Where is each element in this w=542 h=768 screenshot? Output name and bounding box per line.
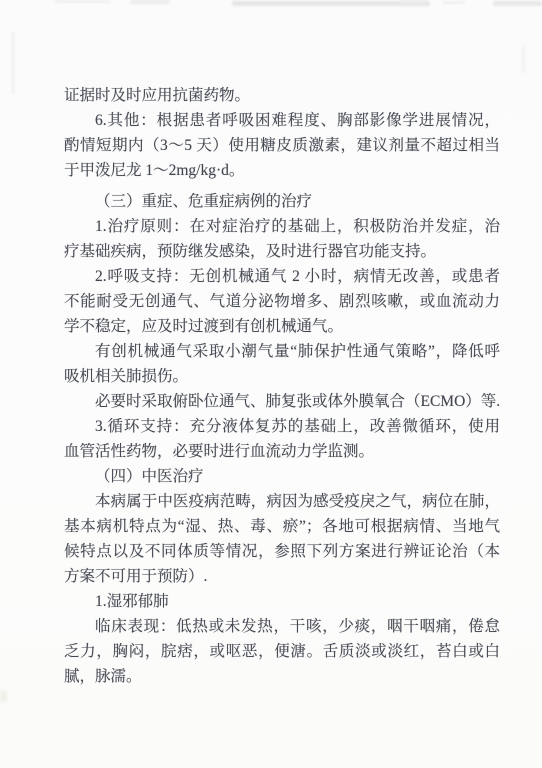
text-line: 吸机相关肺损伤。 <box>64 364 500 389</box>
text-line: 6.其他：根据患者呼吸困难程度、胸部影像学进展情况， <box>64 108 500 133</box>
scan-artifact-top-1 <box>55 0 110 3</box>
text-line: 证据时及时应用抗菌药物。 <box>64 83 500 108</box>
text-line: 候特点以及不同体质等情况，参照下列方案进行辨证论治（本 <box>64 539 500 564</box>
text-line: 临床表现：低热或未发热，干咳，少痰，咽干咽痛，倦怠 <box>64 614 500 639</box>
scan-artifact-top-5 <box>443 1 465 4</box>
scan-artifact-top-4 <box>400 0 426 4</box>
text-line: 3.循环支持：充分液体复苏的基础上，改善微循环，使用 <box>64 414 500 439</box>
scan-artifact-bottom-corner <box>0 690 7 702</box>
text-line: 乏力，胸闷，脘痞，或呕恶，便溏。舌质淡或淡红，苔白或白 <box>64 639 500 664</box>
text-line: 有创机械通气采取小潮气量“肺保护性通气策略”，降低呼 <box>64 339 500 364</box>
text-line: 必要时采取俯卧位通气、肺复张或体外膜氧合（ECMO）等. <box>64 389 500 414</box>
text-line: 2.呼吸支持：无创机械通气 2 小时，病情无改善，或患者 <box>64 264 500 289</box>
scan-artifact-right-edge <box>522 45 525 73</box>
text-line: 本病属于中医疫病范畴，病因为感受疫戾之气，病位在肺， <box>64 489 500 514</box>
scan-artifact-top-6 <box>493 1 542 6</box>
scanned-document-page: 证据时及时应用抗菌药物。6.其他：根据患者呼吸困难程度、胸部影像学进展情况，酌情… <box>0 0 542 768</box>
text-line: 方案不可用于预防）. <box>64 564 500 589</box>
text-line: 学不稳定，应及时过渡到有创机械通气。 <box>64 314 500 339</box>
document-text-block: 证据时及时应用抗菌药物。6.其他：根据患者呼吸困难程度、胸部影像学进展情况，酌情… <box>64 83 500 689</box>
text-line: （三）重症、危重症病例的治疗 <box>64 189 500 214</box>
text-line: 血管活性药物，必要时进行血流动力学监测。 <box>64 439 500 464</box>
scan-artifact-left-edge <box>12 32 14 94</box>
text-line: 1.治疗原则：在对症治疗的基础上，积极防治并发症，治 <box>64 214 500 239</box>
text-line: 疗基础疾病，预防继发感染，及时进行器官功能支持。 <box>64 239 500 264</box>
text-line: （四）中医治疗 <box>64 464 500 489</box>
text-line: 于甲泼尼龙 1～2mg/kg·d。 <box>64 158 500 183</box>
text-line: 酌情短期内（3～5 天）使用糖皮质激素，建议剂量不超过相当 <box>64 133 500 158</box>
text-line: 不能耐受无创通气、气道分泌物增多、剧烈咳嗽，或血流动力 <box>64 289 500 314</box>
text-line: 腻，脉濡。 <box>64 664 500 689</box>
text-line: 基本病机特点为“湿、热、毒、瘀”；各地可根据病情、当地气 <box>64 514 500 539</box>
scan-artifact-top-2 <box>130 0 170 4</box>
text-line: 1.湿邪郁肺 <box>64 589 500 614</box>
